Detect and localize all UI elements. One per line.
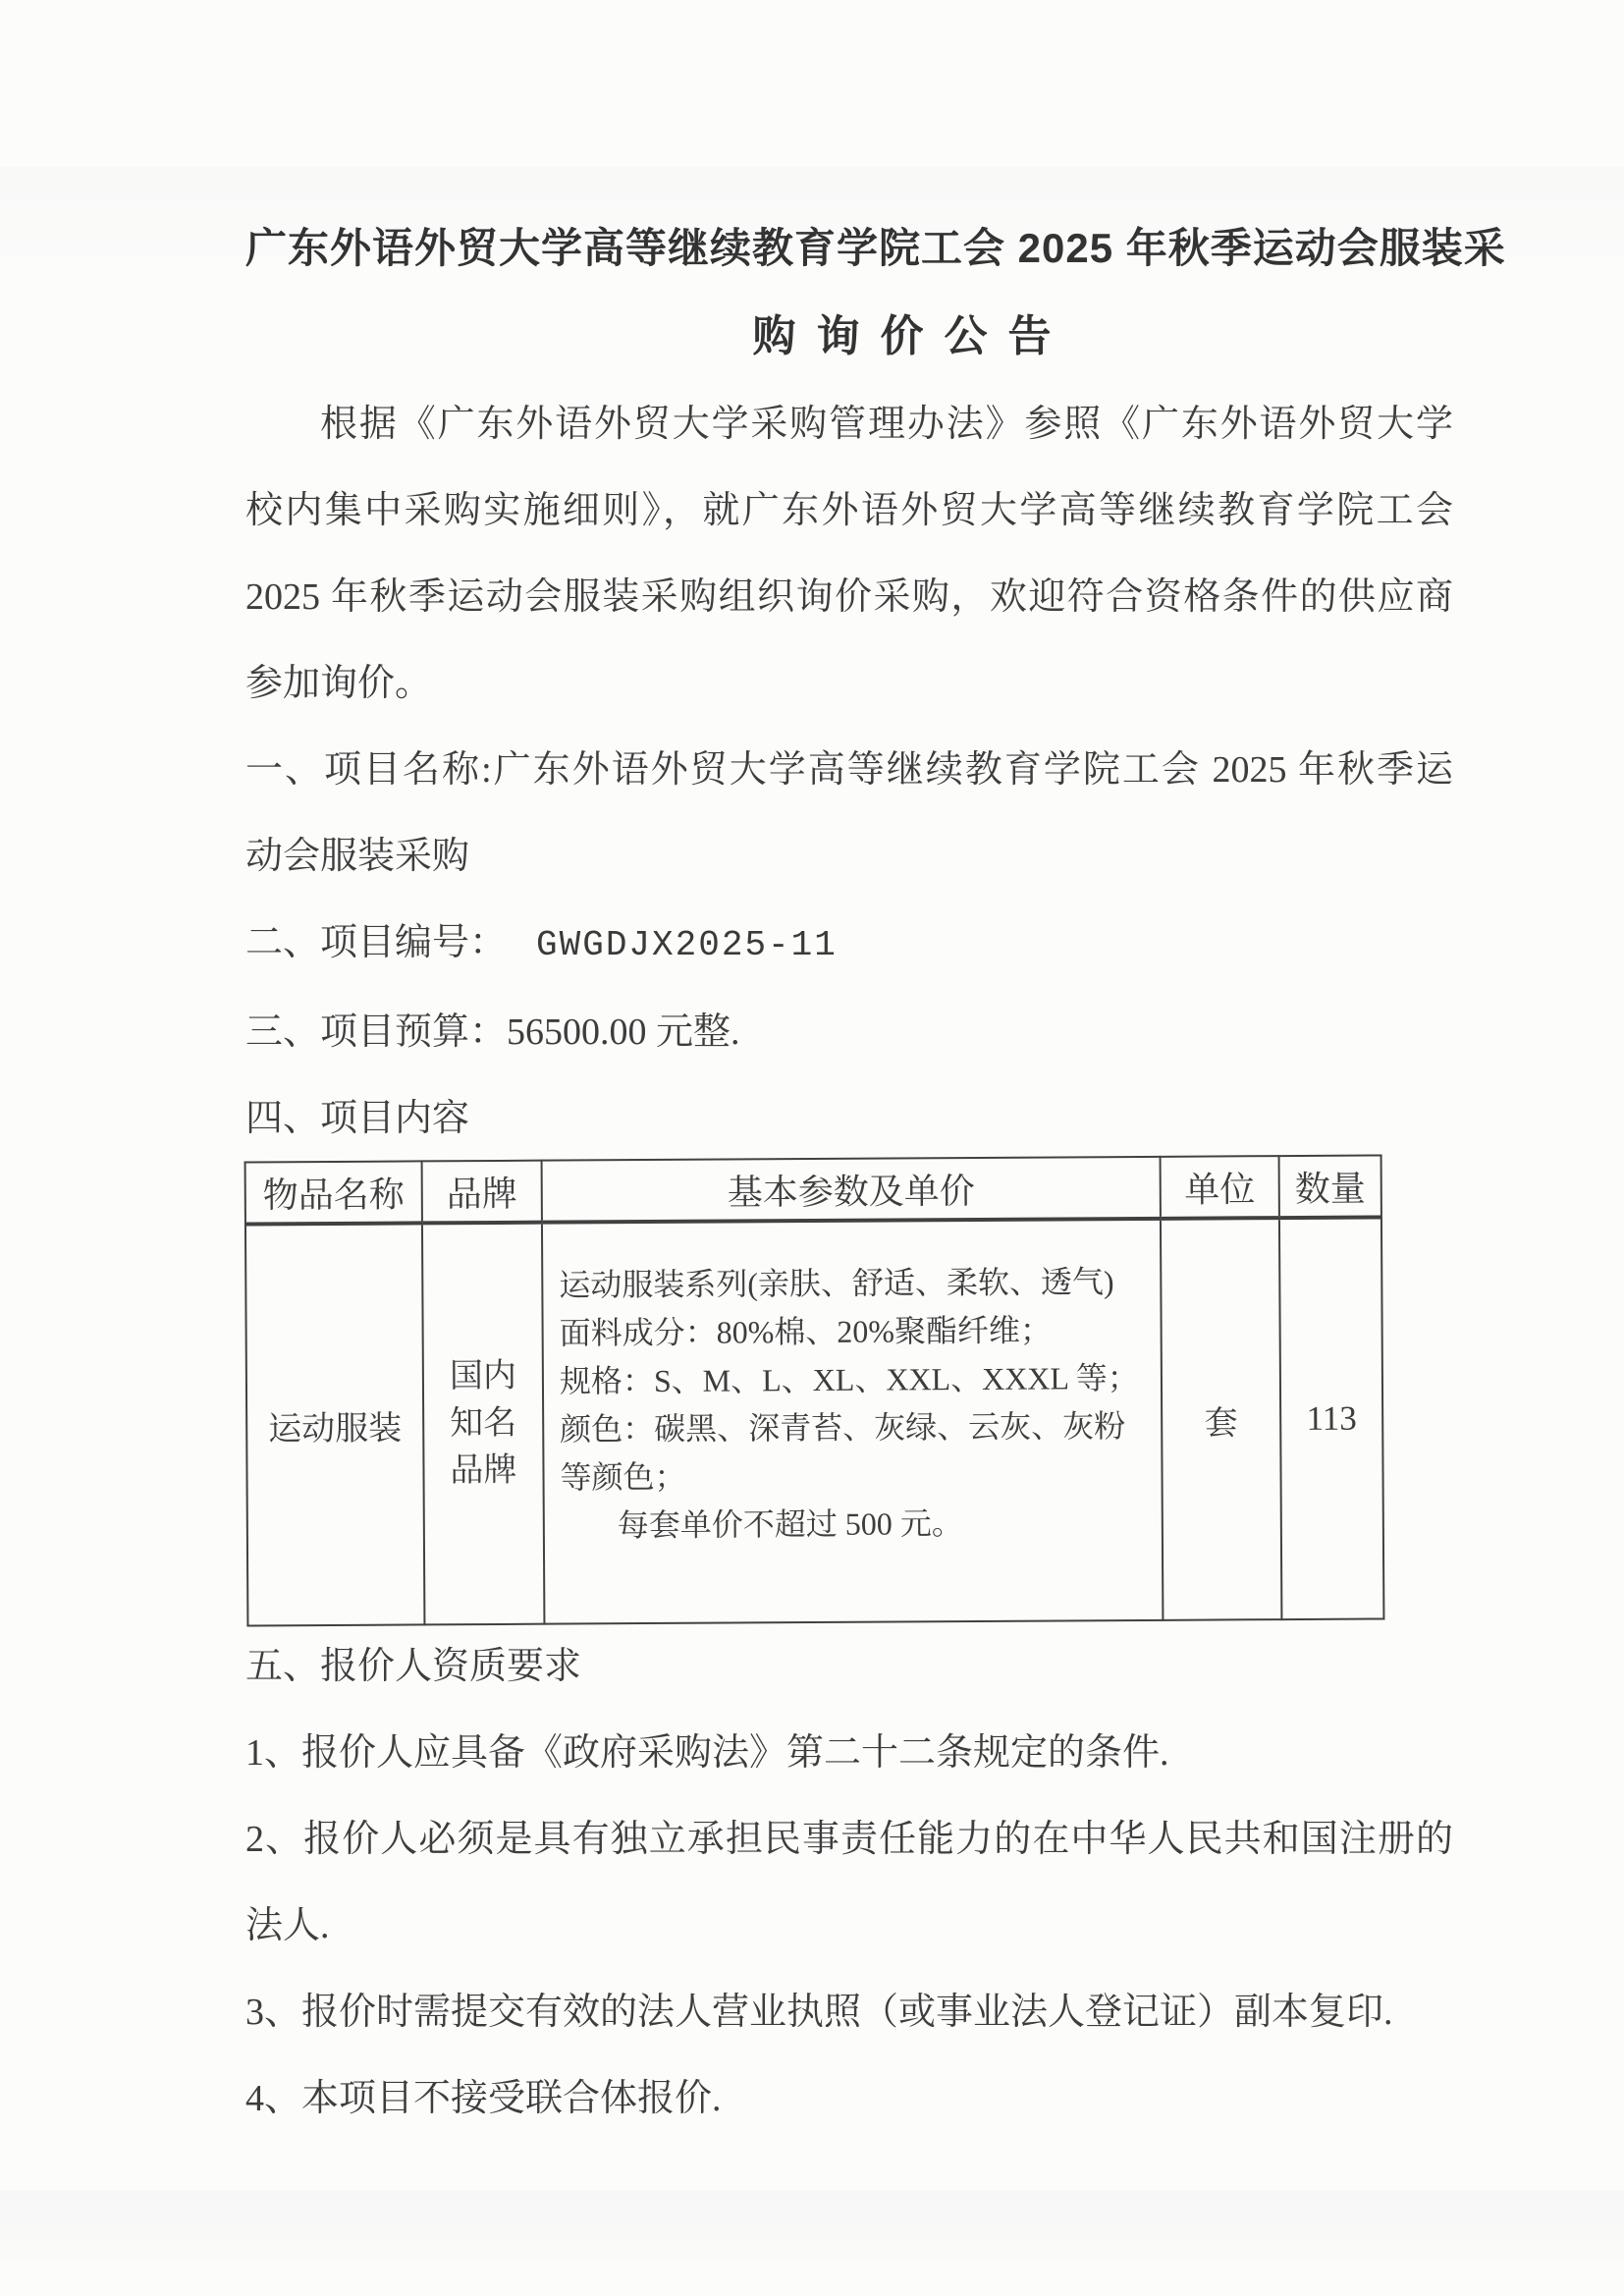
spec-line: 规格：S、M、L、XL、XXL、XXXL 等； [560,1354,1149,1406]
cell-unit: 套 [1161,1218,1281,1620]
col-header-quantity: 数量 [1279,1155,1381,1218]
intro-line-2: 校内集中采购实施细则》，就广东外语外贸大学高等继续教育学院工会 [245,467,1453,554]
col-header-brand: 品牌 [422,1161,542,1224]
cell-item-name: 运动服装 [245,1223,424,1625]
intro-line-3: 2025 年秋季运动会服装采购组织询价采购，欢迎符合资格条件的供应商 [245,554,1453,640]
spec-line: 等颜色； [560,1450,1149,1503]
brand-line: 品牌 [425,1448,541,1496]
section-project-budget: 三、项目预算：56500.00 元整. [245,989,1453,1075]
procurement-table-body: 运动服装 国内 知名 品牌 运动服装系列(亲肤、舒适、柔软、透气) 面料成分：8… [245,1217,1383,1625]
brand-line: 知名 [425,1400,541,1449]
qualification-line-2b: 法人. [245,1883,1453,1969]
document-title-line-2: 购询价公告 [308,293,1516,381]
cell-specs: 运动服装系列(亲肤、舒适、柔软、透气) 面料成分：80%棉、20%聚酯纤维； 规… [542,1219,1163,1624]
section-project-name-line-1: 一、项目名称:广东外语外贸大学高等继续教育学院工会 2025 年秋季运 [245,727,1453,813]
cell-quantity: 113 [1279,1217,1383,1619]
cell-brand: 国内 知名 品牌 [422,1223,544,1625]
project-number-value: GWGDJX2025-11 [536,925,838,965]
section-project-number: 二、项目编号：GWGDJX2025-11 [245,900,1453,989]
qualification-line-3: 3、报价时需提交有效的法人营业执照（或事业法人登记证）副本复印. [245,1969,1453,2055]
col-header-unit: 单位 [1161,1156,1279,1219]
document-title-line-1: 广东外语外贸大学高等继续教育学院工会 2025 年秋季运动会服装采 [245,204,1453,293]
spec-line: 颜色：碳黑、深青苔、灰绿、云灰、灰粉 [560,1402,1149,1454]
brand-line: 国内 [425,1353,541,1401]
section-project-name-line-2: 动会服装采购 [245,813,1453,900]
qualification-line-4: 4、本项目不接受联合体报价. [245,2055,1453,2142]
procurement-table-wrapper: 物品名称 品牌 基本参数及单价 单位 数量 运动服装 国内 知名 品牌 [244,1154,1383,1626]
document-content: 广东外语外贸大学高等继续教育学院工会 2025 年秋季运动会服装采 购询价公告 … [245,0,1453,2142]
spec-line: 每套单价不超过 500 元。 [561,1499,1150,1551]
document-title: 广东外语外贸大学高等继续教育学院工会 2025 年秋季运动会服装采 购询价公告 [245,204,1453,381]
project-number-label: 二、项目编号： [245,922,507,963]
header-row: 物品名称 品牌 基本参数及单价 单位 数量 [245,1155,1381,1224]
scanned-document-page: 广东外语外贸大学高等继续教育学院工会 2025 年秋季运动会服装采 购询价公告 … [0,0,1624,2296]
qualification-line-1: 1、报价人应具备《政府采购法》第二十二条规定的条件. [245,1710,1453,1796]
table-row: 运动服装 国内 知名 品牌 运动服装系列(亲肤、舒适、柔软、透气) 面料成分：8… [245,1217,1383,1625]
procurement-table: 物品名称 品牌 基本参数及单价 单位 数量 运动服装 国内 知名 品牌 [244,1154,1385,1626]
col-header-specs: 基本参数及单价 [542,1157,1161,1223]
procurement-table-header: 物品名称 品牌 基本参数及单价 单位 数量 [245,1155,1381,1224]
qualification-line-2a: 2、报价人必须是具有独立承担民事责任能力的在中华人民共和国注册的 [245,1796,1453,1883]
spec-line: 面料成分：80%棉、20%聚酯纤维； [559,1306,1148,1358]
col-header-item-name: 物品名称 [245,1161,422,1224]
section-project-content-heading: 四、项目内容 [245,1075,1453,1162]
intro-line-4: 参加询价。 [245,640,1453,727]
intro-line-1: 根据《广东外语外贸大学采购管理办法》参照《广东外语外贸大学 [245,381,1453,467]
spec-line: 运动服装系列(亲肤、舒适、柔软、透气) [559,1258,1148,1310]
section-qualification-heading: 五、报价人资质要求 [245,1623,1453,1710]
